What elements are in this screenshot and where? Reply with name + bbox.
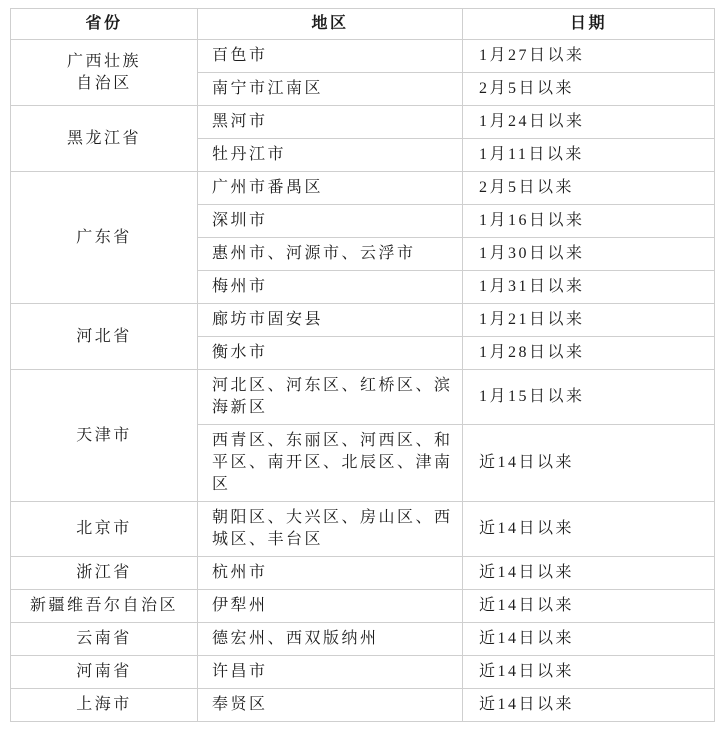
- region-cell: 河北区、河东区、红桥区、滨海新区: [198, 370, 463, 425]
- province-cell: 河南省: [11, 656, 198, 689]
- region-cell: 广州市番禺区: [198, 172, 463, 205]
- date-cell: 1月21日以来: [463, 304, 715, 337]
- region-cell: 伊犁州: [198, 590, 463, 623]
- province-cell: 云南省: [11, 623, 198, 656]
- date-cell: 近14日以来: [463, 425, 715, 502]
- table-row: 新疆维吾尔自治区伊犁州近14日以来: [11, 590, 715, 623]
- table-row: 浙江省杭州市近14日以来: [11, 557, 715, 590]
- date-cell: 2月5日以来: [463, 172, 715, 205]
- header-province: 省份: [11, 9, 198, 40]
- date-cell: 1月15日以来: [463, 370, 715, 425]
- region-cell: 奉贤区: [198, 689, 463, 722]
- date-cell: 2月5日以来: [463, 73, 715, 106]
- region-cell: 牡丹江市: [198, 139, 463, 172]
- date-cell: 1月28日以来: [463, 337, 715, 370]
- table-row: 上海市奉贤区近14日以来: [11, 689, 715, 722]
- region-cell: 许昌市: [198, 656, 463, 689]
- region-cell: 朝阳区、大兴区、房山区、西城区、丰台区: [198, 502, 463, 557]
- table-row: 广西壮族 自治区百色市1月27日以来: [11, 40, 715, 73]
- date-cell: 近14日以来: [463, 689, 715, 722]
- date-cell: 近14日以来: [463, 590, 715, 623]
- region-cell: 廊坊市固安县: [198, 304, 463, 337]
- province-cell: 黑龙江省: [11, 106, 198, 172]
- table-row: 河南省许昌市近14日以来: [11, 656, 715, 689]
- table-row: 天津市河北区、河东区、红桥区、滨海新区1月15日以来: [11, 370, 715, 425]
- date-cell: 1月24日以来: [463, 106, 715, 139]
- region-cell: 德宏州、西双版纳州: [198, 623, 463, 656]
- table-row: 广东省广州市番禺区2月5日以来: [11, 172, 715, 205]
- table-row: 黑龙江省黑河市1月24日以来: [11, 106, 715, 139]
- province-cell: 天津市: [11, 370, 198, 502]
- header-row: 省份 地区 日期: [11, 9, 715, 40]
- table-row: 北京市朝阳区、大兴区、房山区、西城区、丰台区近14日以来: [11, 502, 715, 557]
- date-cell: 1月16日以来: [463, 205, 715, 238]
- document-page: 省份 地区 日期 广西壮族 自治区百色市1月27日以来南宁市江南区2月5日以来黑…: [0, 0, 721, 734]
- date-cell: 1月31日以来: [463, 271, 715, 304]
- table-body: 广西壮族 自治区百色市1月27日以来南宁市江南区2月5日以来黑龙江省黑河市1月2…: [11, 40, 715, 722]
- region-cell: 百色市: [198, 40, 463, 73]
- date-cell: 近14日以来: [463, 623, 715, 656]
- date-cell: 1月30日以来: [463, 238, 715, 271]
- region-cell: 衡水市: [198, 337, 463, 370]
- header-date: 日期: [463, 9, 715, 40]
- date-cell: 近14日以来: [463, 557, 715, 590]
- region-cell: 深圳市: [198, 205, 463, 238]
- province-cell: 新疆维吾尔自治区: [11, 590, 198, 623]
- table-row: 云南省德宏州、西双版纳州近14日以来: [11, 623, 715, 656]
- province-cell: 广东省: [11, 172, 198, 304]
- header-region: 地区: [198, 9, 463, 40]
- province-cell: 广西壮族 自治区: [11, 40, 198, 106]
- table-header: 省份 地区 日期: [11, 9, 715, 40]
- region-cell: 杭州市: [198, 557, 463, 590]
- region-cell: 南宁市江南区: [198, 73, 463, 106]
- region-cell: 梅州市: [198, 271, 463, 304]
- region-cell: 黑河市: [198, 106, 463, 139]
- risk-area-table: 省份 地区 日期 广西壮族 自治区百色市1月27日以来南宁市江南区2月5日以来黑…: [10, 8, 715, 722]
- date-cell: 近14日以来: [463, 502, 715, 557]
- province-cell: 上海市: [11, 689, 198, 722]
- province-cell: 北京市: [11, 502, 198, 557]
- region-cell: 西青区、东丽区、河西区、和平区、南开区、北辰区、津南区: [198, 425, 463, 502]
- table-row: 河北省廊坊市固安县1月21日以来: [11, 304, 715, 337]
- province-cell: 河北省: [11, 304, 198, 370]
- date-cell: 1月11日以来: [463, 139, 715, 172]
- province-cell: 浙江省: [11, 557, 198, 590]
- date-cell: 近14日以来: [463, 656, 715, 689]
- date-cell: 1月27日以来: [463, 40, 715, 73]
- region-cell: 惠州市、河源市、云浮市: [198, 238, 463, 271]
